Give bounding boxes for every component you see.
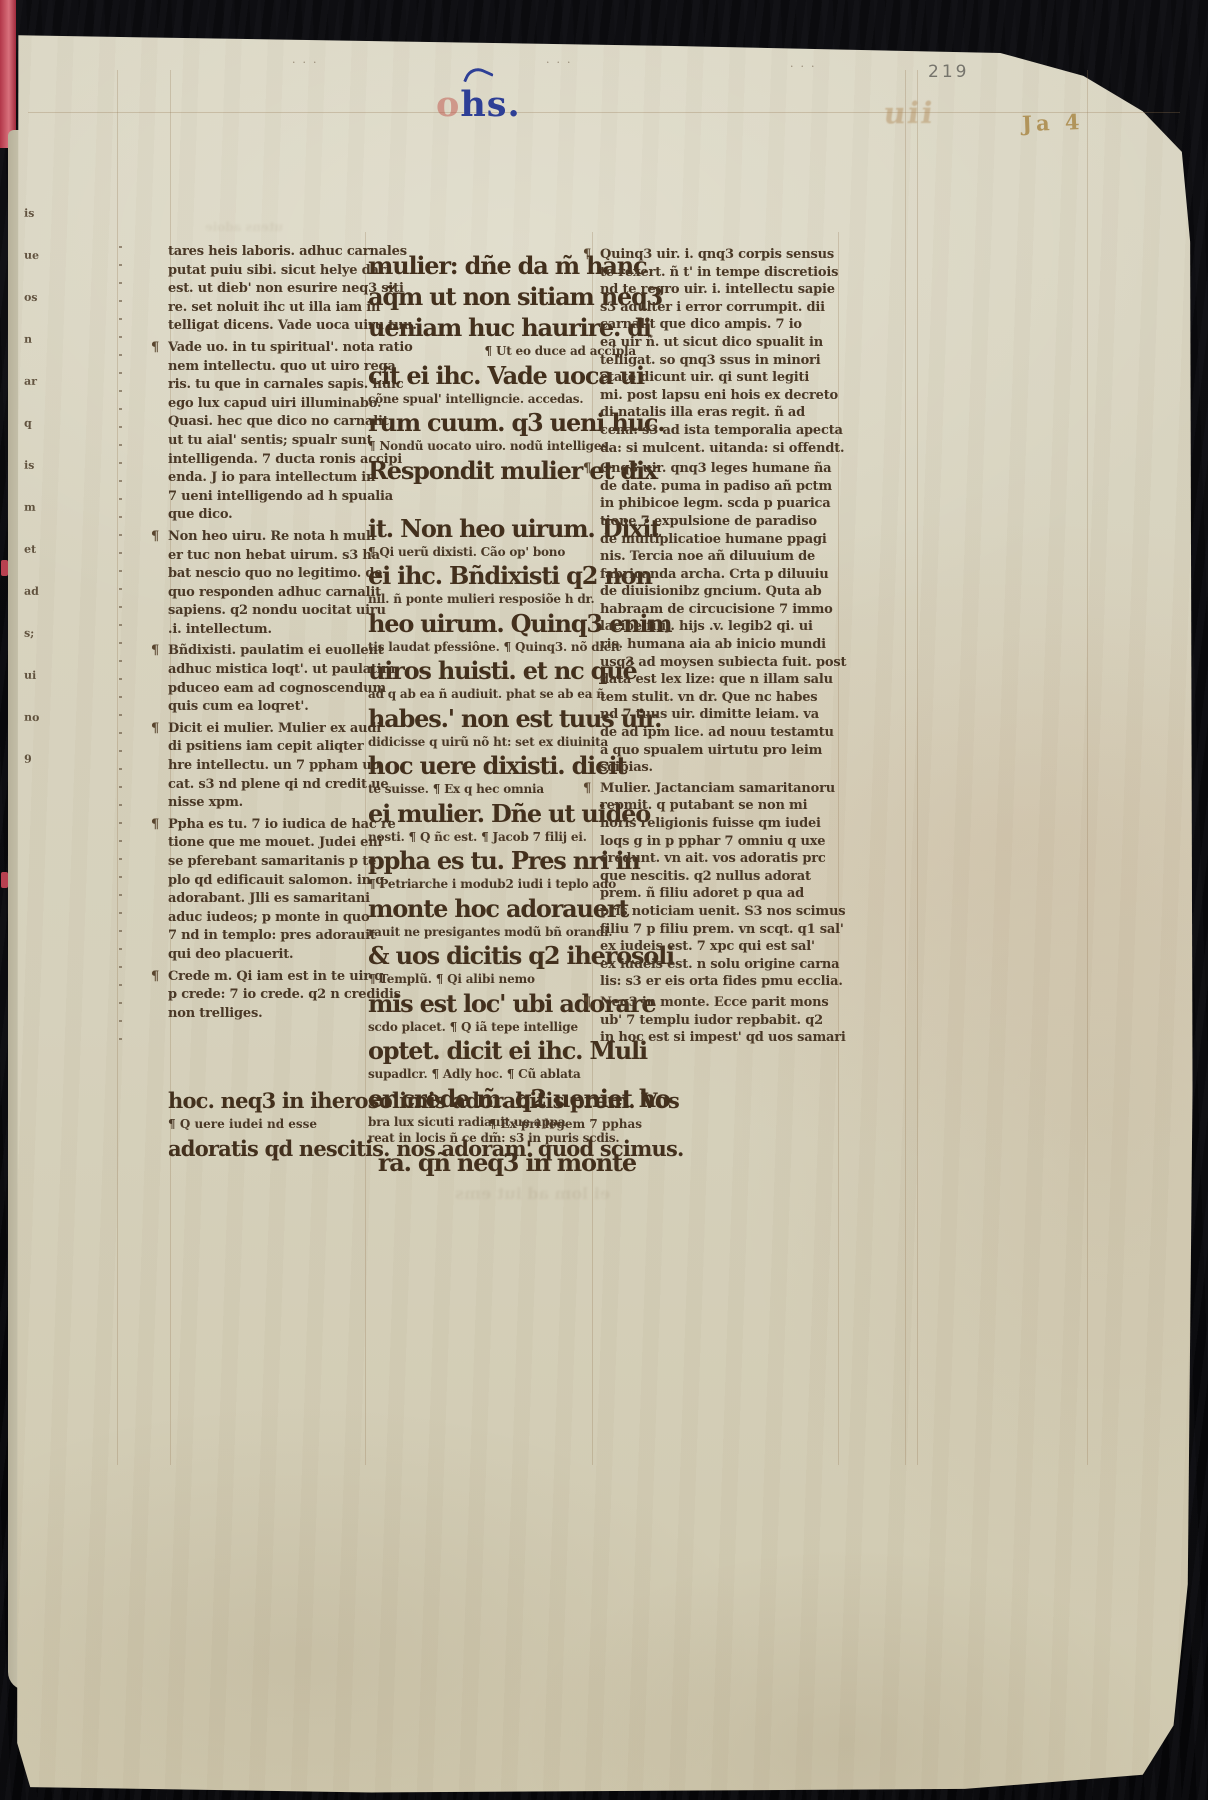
pilcrow-mark: ¶ (151, 642, 159, 661)
gloss-line: ¶ Ut eo duce ad accipla (368, 343, 636, 360)
red-fore-edge (0, 0, 16, 148)
gloss-line: 7 nd in templo: pres adorauit (168, 927, 400, 946)
gloss-line: scipias. (600, 759, 872, 777)
gloss-line: te rexert. ñ t' in tempe discretiois (600, 264, 872, 282)
gloss-line: noris religionis fuisse qm iudei (600, 815, 872, 833)
gloss-line: ub' 7 templu iudor repbabit. q2 (600, 1012, 872, 1030)
gloss-line: hre intellectu. un 7 ppham uo (168, 757, 400, 776)
gloss-line: 7 ueni intelligendo ad h spualia (168, 488, 400, 507)
margin-fragment: n (24, 334, 60, 347)
margin-fragment: no (24, 712, 60, 725)
gloss-fragment: ¶ Q uere iudei nd esse (168, 1116, 317, 1133)
margin-fragment: is (24, 460, 60, 473)
gloss-line: pris noticiam uenit. S3 nos scimus (600, 903, 872, 921)
margin-fragment: et (24, 544, 60, 557)
gloss-line: loqs g in p pphar 7 omniu q uxe (600, 833, 872, 851)
gloss-line: in phibicoe legm. scda p puarica (600, 495, 872, 513)
gloss-line: ex iudeis est. n solu origine carna (600, 956, 872, 974)
lemma-line: it. Non heo uirum. Dixit (368, 513, 636, 544)
gloss-line: credunt. vn ait. vos adoratis prc (600, 850, 872, 868)
gloss-line: se pferebant samaritanis p te (168, 853, 400, 872)
gloss-line: tis laudat pfessiône. ¶ Quinq3. nõ dicit (368, 639, 636, 656)
gloss-line: ¶ Nondũ uocato uiro. nodũ intelliges. (368, 438, 636, 455)
gloss-line: nem intellectu. quo ut uiro rega (168, 358, 400, 377)
gloss-line: ex iudeis est. 7 xpc qui est sal' (600, 938, 872, 956)
pilcrow-mark: ¶ (151, 968, 159, 987)
gloss-line: prem. ñ filiu adoret p qua ad (600, 885, 872, 903)
gloss-line: quis cum ea loqret'. (168, 698, 400, 717)
gloss-line: ¶ Petriarche i modub2 iudi i teplo ado (368, 876, 636, 893)
gloss-line: qui deo placuerit. (168, 946, 400, 965)
gloss-line: mi. post lapsu eni hois ex decreto (600, 387, 872, 405)
gloss-line: rauit ne presigantes modũ bñ orandi. (368, 924, 636, 941)
lemma-line: aq̃m ut non sitiam neq3 (368, 281, 636, 312)
gloss-line: quo responden adhuc carnalit (168, 584, 400, 603)
gloss-line: didicisse q uirũ nõ ht: set ex diuinita (368, 734, 636, 751)
pilcrow-mark: ¶ (151, 720, 159, 739)
lemma-line: monte hoc adorauert (368, 893, 636, 924)
lemma-line: heo uirum. Quinq3 enim (368, 608, 636, 639)
margin-fragment: s; (24, 628, 60, 641)
gloss-line: ¶Qnq3 uir. qnq3 leges humane ña (600, 460, 872, 478)
gloss-line: que dico. (168, 506, 400, 525)
gloss-line: que nescitis. q2 nullus adorat (600, 868, 872, 886)
gloss-line: telligat. so qnq3 ssus in minori (600, 352, 872, 370)
gloss-line: ut tu aial' sentis; spualr sunt (168, 432, 400, 451)
gloss-fragment: ¶ Ex pri legem 7 pphas (489, 1116, 642, 1133)
gloss-line: enda. J io para intellectum in (168, 469, 400, 488)
column-1-gloss: tares heis laboris. adhuc carnalesputat … (168, 243, 400, 1026)
gloss-line: di natalis illa eras regit. ñ ad (600, 404, 872, 422)
gloss-line: nosti. ¶ Q ñc est. ¶ Jacob 7 filij ei. (368, 829, 636, 846)
margin-fragment: is (24, 208, 60, 221)
gloss-line: usq3 ad moysen subiecta fuit. post (600, 654, 872, 672)
gloss-line: te suisse. ¶ Ex q hec omnia (368, 781, 636, 798)
gloss-line: adhuc mistica loqt'. ut paulatim (168, 661, 400, 680)
gloss-line: p crede: 7 io crede. q2 n credidis (168, 986, 400, 1005)
gloss-line: tione 7 expulsione de paradiso (600, 513, 872, 531)
gloss-line: plo qd edificauit salomon. in q (168, 872, 400, 891)
gloss-block: tares heis laboris. adhuc carnalesputat … (168, 243, 400, 336)
lemma-line: rum cuum. q3 ueni huc. (368, 407, 636, 438)
gloss-line: nil. ñ ponte mulieri resposiõe h dr. (368, 591, 636, 608)
gloss-line: .i. intellectum. (168, 621, 400, 640)
gloss-line: nd 7 tuus uir. dimitte leiam. va (600, 706, 872, 724)
pilcrow-mark: ¶ (583, 460, 591, 478)
gloss-line: telligat dicens. Vade uoca uiru tuu. (168, 317, 400, 336)
gloss-line: sapiens. q2 nondu uocitat uiru (168, 602, 400, 621)
gloss-line: lacioe filij. hijs .v. legib2 qi. ui (600, 618, 872, 636)
margin-fragment: os (24, 292, 60, 305)
pilcrow-mark: ¶ (583, 246, 591, 264)
gloss-line: ¶Non heo uiru. Re nota h muli (168, 528, 400, 547)
bleedthrough-text: ei lom ad iut ems (180, 1184, 610, 1203)
pilcrow-mark: ¶ (151, 528, 159, 547)
gloss-line: filiu 7 p filiu prem. vn scqt. q1 sal' (600, 921, 872, 939)
red-edge-mark (1, 872, 8, 888)
gloss-line: fabricanda archa. Crta p diluuiu (600, 566, 872, 584)
gloss-line: bat nescio quo no legitimo. de (168, 565, 400, 584)
gloss-line: re. set noluit ihc ut illa iam in (168, 299, 400, 318)
gloss-line: nis. Tercia noe añ diluuium de (600, 548, 872, 566)
gloss-line: ris. tu que in carnales sapis. huic (168, 376, 400, 395)
lemma-line: mis est loc' ubi adorare (368, 988, 636, 1019)
pricking-dots: ··· (546, 56, 578, 69)
column-2-lemma-and-gloss: mulier: dñe da m̃ hancaq̃m ut non sitiam… (368, 250, 636, 1178)
gloss-line: ego lux capud uiri illuminabo. (168, 395, 400, 414)
gloss-block: ¶Bñdixisti. paulatim ei euollentadhuc mi… (168, 642, 400, 716)
lemma-line: ei mulier. Dñe ut uideo (368, 798, 636, 829)
gloss-line: ¶Ppha es tu. 7 io iudica de hac re (168, 816, 400, 835)
gloss-block: ¶Neq3 in monte. Ecce parit monsub' 7 tem… (600, 994, 872, 1047)
gloss-line: ¶Bñdixisti. paulatim ei euollent (168, 642, 400, 661)
gloss-line: ¶Vade uo. in tu spiritual'. nota ratio (168, 339, 400, 358)
pilcrow-mark: ¶ (151, 816, 159, 835)
gloss-line: repmit. q putabant se non mi (600, 797, 872, 815)
gloss-line: de multiplicatioe humane ppagi (600, 531, 872, 549)
lemma-line: & uos dicitis q2 iherosoli (368, 940, 636, 971)
gloss-line: etate dicunt uir. qi sunt legiti (600, 369, 872, 387)
gloss-line: er tuc non hebat uirum. s3 ha (168, 547, 400, 566)
gloss-line: cõne spual' intelligncie. accedas. (368, 391, 636, 408)
faded-quire-numeral: uii (882, 96, 938, 131)
gloss-line: Quasi. hec que dico no carnalit (168, 413, 400, 432)
lemma-line: hoc uere dixisti. dicit (368, 750, 636, 781)
running-title: ohs. (436, 84, 521, 125)
line-gap (368, 486, 636, 513)
gloss-line: ris. humana aia ab inicio mundi (600, 636, 872, 654)
quire-signature: Ja 4 (1022, 109, 1084, 136)
running-title-period: . (508, 84, 521, 125)
pricking-dots: ··· (790, 60, 822, 73)
pilcrow-mark: ¶ (583, 780, 591, 798)
column-3-gloss: ¶Quinq3 uir. i. qnq3 corpis sensuste rex… (600, 246, 872, 1050)
gloss-block: ¶Mulier. Jactanciam samaritanorurepmit. … (600, 780, 872, 991)
pricking-dots (119, 246, 122, 1046)
margin-fragment: ad (24, 586, 60, 599)
gloss-line: ¶Neq3 in monte. Ecce parit mons (600, 994, 872, 1012)
lemma-line: uiros huisti. et nc quê (368, 655, 636, 686)
gloss-line: intelligenda. 7 ducta ronis accipi (168, 451, 400, 470)
margin-fragment: m (24, 502, 60, 515)
gloss-line: lis: s3 er eis orta fides pmu ecclia. (600, 973, 872, 991)
red-edge-mark (1, 560, 8, 576)
gloss-block: ¶Dicit ei mulier. Mulier ex audidi psiti… (168, 720, 400, 813)
bleedthrough-text: sdo mine ul (430, 1046, 521, 1062)
gloss-line: in hoc est si impest' qd uos samari (600, 1029, 872, 1047)
pilcrow-mark: ¶ (583, 994, 591, 1012)
lemma-line: habes.' non est tuus uir. (368, 703, 636, 734)
gloss-line: ¶ Qi uerũ dixisti. Cão op' bono (368, 544, 636, 561)
gloss-line: carnalit que dico ampis. 7 io (600, 316, 872, 334)
gloss-line: non trelliges. (168, 1005, 400, 1024)
gloss-line: tem stulit. vn dr. Que nc habes (600, 689, 872, 707)
lemma-line: mulier: dñe da m̃ hanc (368, 250, 636, 281)
lemma-line: hoc. neq3 in iherosolimis adorabitis pre… (168, 1085, 642, 1116)
gloss-line: data est lex lize: que n illam salu (600, 671, 872, 689)
gloss-line: est. ut dieb' non esurire neq3 siti (168, 280, 400, 299)
margin-fragment: ui (24, 670, 60, 683)
gloss-line: adorabant. Jlli es samaritani (168, 890, 400, 909)
gloss-line: de diuisionibz gncium. Quta ab (600, 583, 872, 601)
gloss-line: ¶ Q uere iudei nd esse¶ Ex pri legem 7 p… (168, 1116, 642, 1133)
gloss-line: ¶Dicit ei mulier. Mulier ex audi (168, 720, 400, 739)
gloss-block: ¶Crede m. Qi iam est in te uir qp crede:… (168, 968, 400, 1024)
folio-number-pencil: 219 (928, 62, 969, 82)
gloss-line: ¶Mulier. Jactanciam samaritanoru (600, 780, 872, 798)
gloss-line: cat. s3 nd plene qi nd credit ue (168, 776, 400, 795)
gloss-line: scdo placet. ¶ Q iã tepe intellige (368, 1019, 636, 1036)
gloss-line: tione que me mouet. Judei eni (168, 834, 400, 853)
gloss-line: cena: s3 ad ista temporalia apecta (600, 422, 872, 440)
lemma-line: cit ei ihc. Vade uoca ui (368, 360, 636, 391)
gloss-block: ¶Qnq3 uir. qnq3 leges humane ñade date. … (600, 460, 872, 777)
running-title-letters: hs (460, 84, 507, 125)
margin-fragment: ue (24, 250, 60, 263)
gloss-line: tares heis laboris. adhuc carnales (168, 243, 400, 262)
lemma-line: ppha es tu. Pres nri in (368, 845, 636, 876)
bottom-lemma-block: hoc. neq3 in iherosolimis adorabitis pre… (168, 1085, 642, 1164)
gloss-block: ¶Ppha es tu. 7 io iudica de hac retione … (168, 816, 400, 965)
margin-fragment: ar (24, 376, 60, 389)
gloss-block: ¶Quinq3 uir. i. qnq3 corpis sensuste rex… (600, 246, 872, 457)
gloss-line: aduc iudeos; p monte in quo (168, 909, 400, 928)
margin-fragment: 9 (24, 754, 60, 767)
lemma-line: adoratis qd nescitis. nos adoram' quod s… (168, 1133, 642, 1164)
gloss-line: supadlcr. ¶ Adly hoc. ¶ Cũ ablata (368, 1066, 636, 1083)
lemma-line: Respondit mulier et dix (368, 455, 636, 486)
gloss-block: ¶Non heo uiru. Re nota h mulier tuc non … (168, 528, 400, 640)
gloss-line: ad q ab ea ñ audiuit. phat se ab ea ñ (368, 686, 636, 703)
gloss-block: ¶Vade uo. in tu spiritual'. nota ratione… (168, 339, 400, 525)
gloss-line: de ad ipm lice. ad nouu testamtu (600, 724, 872, 742)
margin-fragment: q (24, 418, 60, 431)
pilcrow-mark: ¶ (151, 339, 159, 358)
gloss-line: nisse xpm. (168, 794, 400, 813)
lemma-line: ueniam huc haurire. di (368, 312, 636, 343)
bleedthrough-text: utens adoie (205, 220, 283, 234)
gloss-line: da: si mulcent. uitanda: si offendt. (600, 440, 872, 458)
running-title-initial: o (436, 84, 460, 125)
manuscript-photo: { "page": { "running_title": { "initial"… (0, 0, 1208, 1800)
pricking-dots: ··· (292, 56, 324, 69)
gloss-line: ¶Quinq3 uir. i. qnq3 corpis sensus (600, 246, 872, 264)
gloss-line: ea uir ñ. ut sicut dico spualit in (600, 334, 872, 352)
gloss-line: ¶Crede m. Qi iam est in te uir q (168, 968, 400, 987)
gloss-line: di psitiens iam cepit aliqter (168, 738, 400, 757)
gloss-line: pduceo eam ad cognoscendum (168, 680, 400, 699)
gloss-line: nd te regro uir. i. intellectu sapie (600, 281, 872, 299)
lemma-line: ei ihc. Bñdixisti q2 non (368, 560, 636, 591)
gloss-line: a quo spualem uirtutu pro leim (600, 742, 872, 760)
gloss-line: habraam de circucisione 7 immo (600, 601, 872, 619)
gloss-line: putat puiu sibi. sicut helye dari (168, 262, 400, 281)
gloss-line: s3 adulter i error corrumpit. dii (600, 299, 872, 317)
gloss-line: ¶ Templũ. ¶ Qi alibi nemo (368, 971, 636, 988)
gloss-line: de date. puma in padiso añ pctm (600, 478, 872, 496)
facing-page-text-fragments: isueosnarqismetads;uino9 (24, 208, 60, 766)
